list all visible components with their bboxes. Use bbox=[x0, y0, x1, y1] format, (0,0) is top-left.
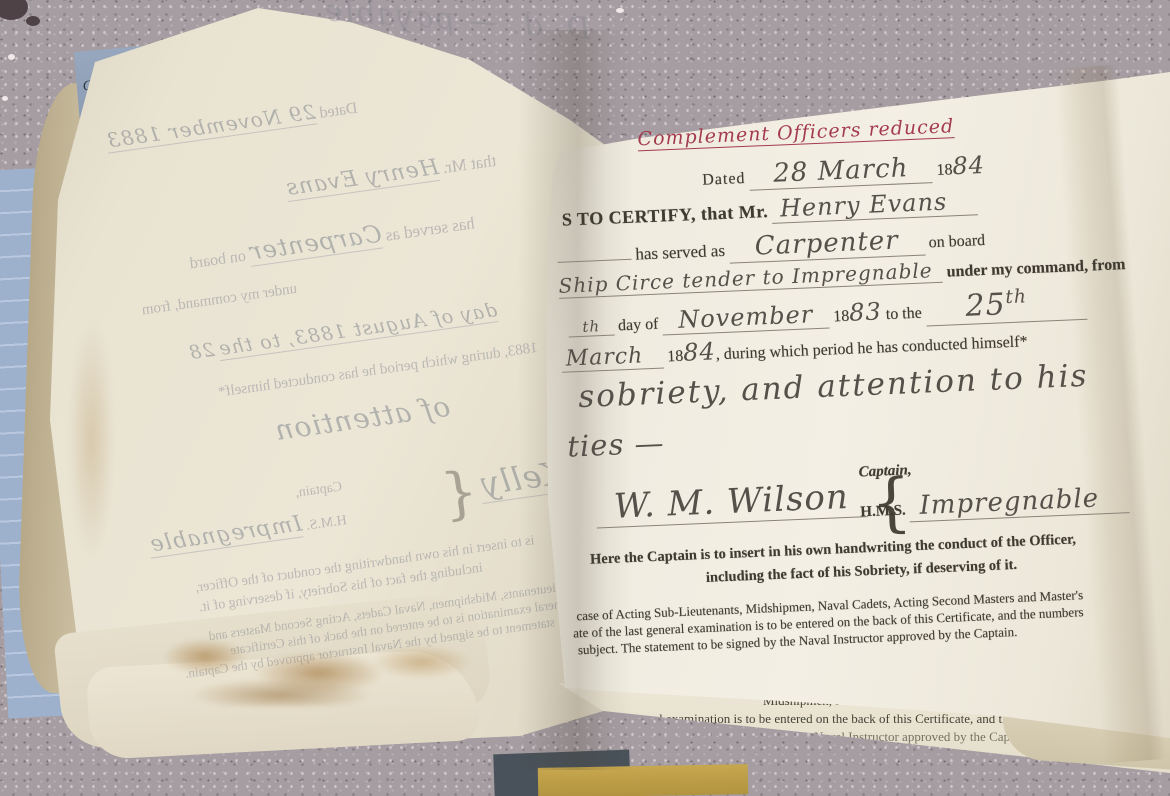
carpet-debris bbox=[26, 16, 40, 26]
ghost-rating: Carpenter bbox=[247, 220, 383, 267]
ghost-captain-label: Captain, bbox=[294, 479, 343, 500]
command-label: under my command, from bbox=[946, 256, 1126, 280]
captain-signature-handwriting: W. M. Wilson bbox=[595, 476, 867, 528]
photo-of-naval-certificate-book: No. Certifi D. d. — payable Dated 29 Nov… bbox=[0, 0, 1170, 796]
month-to-handwriting: March bbox=[561, 343, 664, 373]
ghost-on-board: on board bbox=[189, 248, 247, 273]
certificate-content: Complement Officers reduced Dated 28 Mar… bbox=[552, 102, 1170, 687]
ghost-brace: { bbox=[438, 459, 482, 528]
ghost-captain-label-line: Captain, bbox=[294, 477, 343, 501]
carpet-fleck bbox=[2, 96, 8, 101]
certify-prefix: S TO CERTIFY, that Mr. bbox=[561, 201, 768, 230]
ghost-command-line: under my command, from bbox=[141, 280, 299, 320]
captain-label: Captain, bbox=[858, 462, 912, 480]
under-page-line-3: The statement to be signed by the Naval … bbox=[636, 729, 1033, 745]
day-to-handwriting: 25th bbox=[925, 284, 1088, 327]
ghost-officer-name: Henry Evans bbox=[284, 155, 441, 202]
hms-label: H.M.S. bbox=[860, 503, 906, 521]
to-the-label: to the bbox=[885, 305, 922, 323]
officer-name-handwriting: Henry Evans bbox=[771, 186, 977, 224]
dated-year-handwriting: 84 bbox=[952, 151, 986, 180]
carpet-fleck bbox=[8, 54, 15, 60]
month-from-handwriting: November bbox=[662, 300, 830, 336]
carpet-debris bbox=[0, 0, 28, 20]
ghost-served-line: has served as Carpenter on board bbox=[187, 207, 476, 275]
day-of-label: day of bbox=[618, 316, 659, 335]
dated-value-handwriting: 28 March bbox=[749, 152, 933, 191]
year-from-handwriting: 83 bbox=[849, 297, 883, 326]
carpet-fleck bbox=[616, 8, 624, 13]
captain-label-line: Captain, bbox=[858, 461, 912, 481]
year-to-prefix: 18 bbox=[667, 348, 684, 366]
hms-ship-handwriting: Impregnable bbox=[909, 482, 1130, 522]
ghost-dated-label: Dated bbox=[318, 100, 358, 122]
day-to-suffix: th bbox=[1005, 286, 1027, 308]
ghost-hms-label: H.M.S. bbox=[305, 513, 348, 534]
ghost-served-label: has served as bbox=[384, 213, 475, 244]
ghost-hms-ship: Impregnable bbox=[148, 511, 304, 558]
ghost-certify-line: that Mr. Henry Evans bbox=[284, 147, 498, 201]
ghost-day-to: 28 bbox=[187, 339, 216, 364]
red-ink-annotation: Complement Officers reduced bbox=[637, 115, 955, 150]
served-label: has served as bbox=[635, 241, 725, 264]
ghost-conduct-handwriting: of attention bbox=[272, 390, 452, 447]
blank-underline bbox=[557, 241, 632, 263]
year-to-handwriting: 84 bbox=[683, 337, 717, 366]
dated-label: Dated bbox=[702, 170, 746, 189]
ghost-hms-line: H.M.S. Impregnable bbox=[148, 505, 348, 557]
dated-line: Dated 28 March 1884 bbox=[702, 150, 986, 192]
ghost-dated-line: Dated 29 November 1883 bbox=[105, 94, 359, 153]
ghost-certify-prefix: that Mr. bbox=[441, 151, 497, 177]
dated-year-prefix: 18 bbox=[936, 161, 953, 179]
rating-handwriting: Carpenter bbox=[728, 225, 925, 264]
conduct-suffix: , during which period he has conducted h… bbox=[715, 333, 1027, 363]
on-board-label: on board bbox=[928, 232, 985, 251]
conduct-handwriting-line-2: ties — bbox=[567, 426, 666, 464]
year-from-prefix: 18 bbox=[833, 308, 850, 326]
day-to-number: 25 bbox=[965, 287, 1007, 324]
brown-stain-band bbox=[110, 596, 490, 706]
ghost-conduct-hw-text: of attention bbox=[272, 390, 452, 447]
ghost-dated-value: 29 November 1883 bbox=[105, 100, 317, 154]
red-annotation-text: Complement Officers reduced bbox=[637, 115, 955, 151]
ghost-command-label: under my command, from bbox=[141, 281, 298, 319]
conduct-hw-text-2: ties — bbox=[567, 426, 666, 464]
day-suffix-handwriting: th bbox=[568, 317, 614, 338]
